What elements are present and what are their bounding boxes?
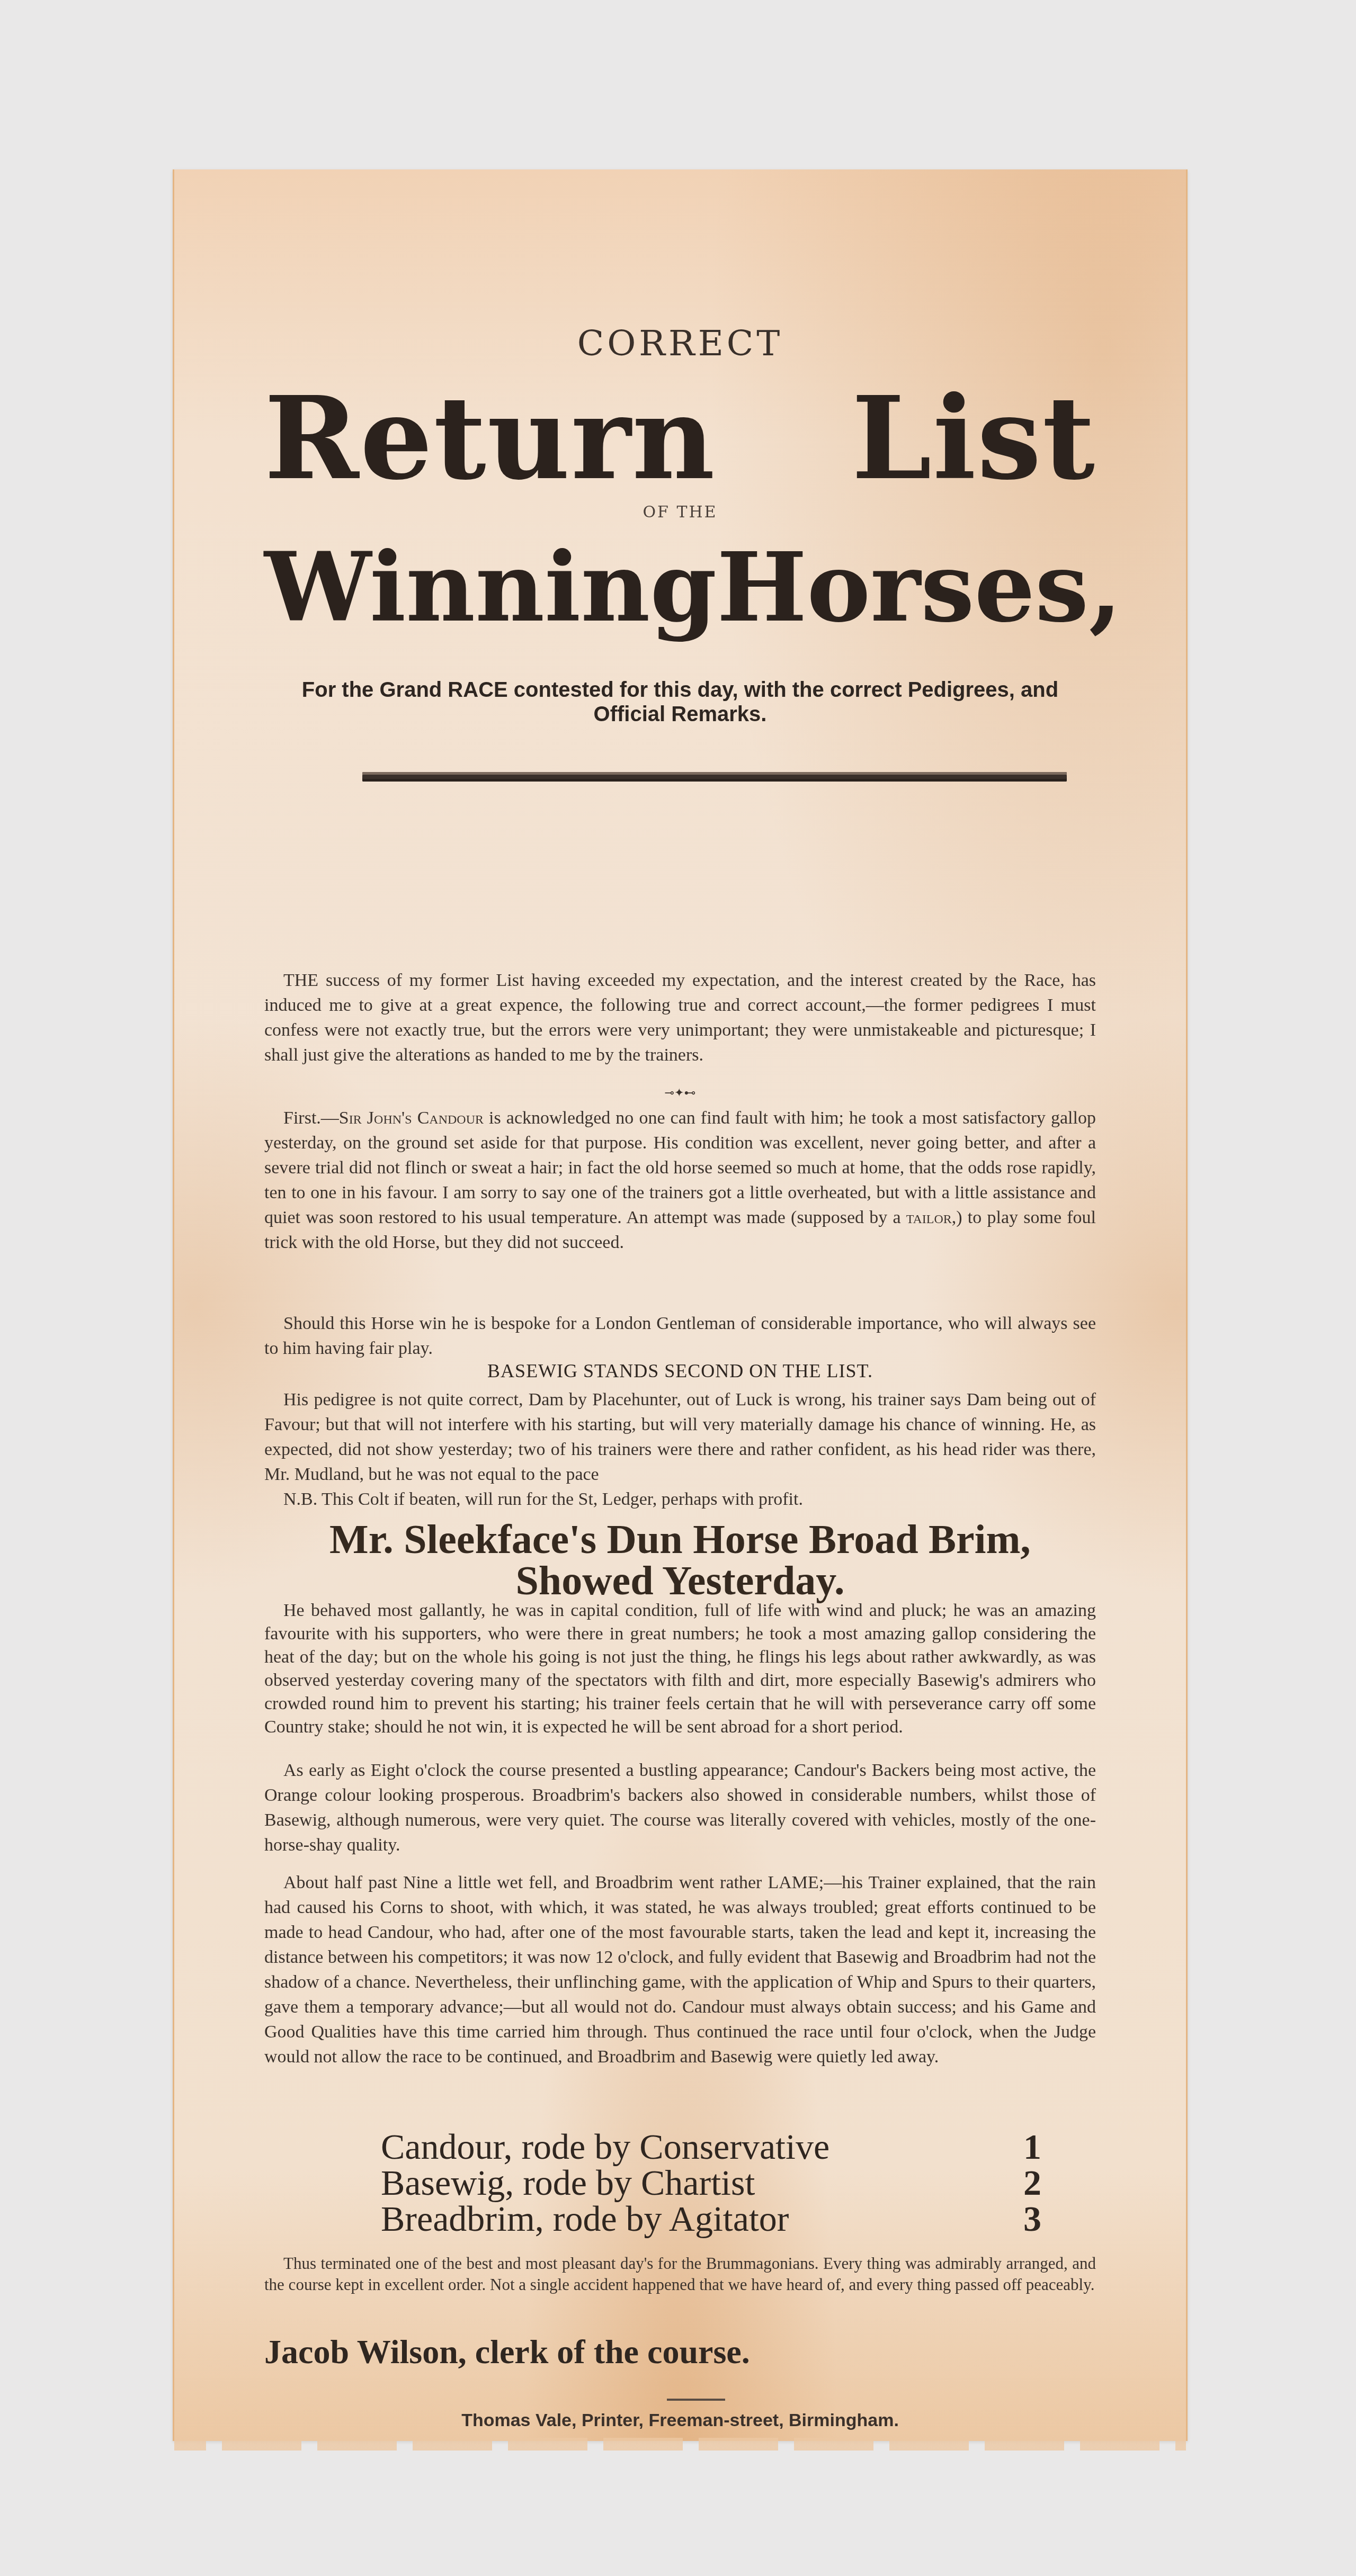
- second-horse-nb: N.B. This Colt if beaten, will run for t…: [264, 1487, 1096, 1512]
- result-row: Breadbrim, rode by Agitator 3: [381, 2201, 1048, 2237]
- result-position: 1: [1016, 2129, 1048, 2165]
- broadside-sheet: CORRECT Return List OF THE Winning Horse…: [173, 169, 1188, 2441]
- result-position: 3: [1016, 2201, 1048, 2237]
- title-word-list: List: [852, 381, 1096, 495]
- printer-imprint: Thomas Vale, Printer, Freeman-street, Bi…: [264, 2410, 1096, 2431]
- second-horse-heading: BASEWIG STANDS SECOND ON THE LIST.: [264, 1360, 1096, 1382]
- first-owner: Sir John's: [339, 1108, 412, 1128]
- ornament-divider-icon: ⊸✦⊷: [264, 1087, 1096, 1100]
- main-title-line-2: Winning Horses,: [264, 540, 1096, 635]
- first-horse-note: Should this Horse win he is bespoke for …: [264, 1311, 1096, 1361]
- title-word-return: Return: [264, 381, 716, 495]
- subtitle-line-1: For the Grand RACE contested for this da…: [264, 678, 1096, 702]
- main-title-line-1: Return List: [264, 381, 1096, 495]
- short-rule: [667, 2399, 725, 2401]
- intro-paragraph: THE success of my former List having exc…: [264, 968, 1096, 1067]
- third-horse-heading-1: Mr. Sleekface's Dun Horse Broad Brim,: [264, 1519, 1096, 1560]
- second-horse-paragraph: His pedigree is not quite correct, Dam b…: [264, 1387, 1096, 1487]
- subtitle: For the Grand RACE contested for this da…: [264, 678, 1096, 726]
- first-horse-paragraph: First.—Sir John's Candour is acknowledge…: [264, 1106, 1096, 1255]
- result-entry: Candour, rode by Conservative: [381, 2129, 829, 2165]
- closing-paragraph: Thus terminated one of the best and most…: [264, 2253, 1096, 2295]
- subtitle-line-2: Official Remarks.: [264, 702, 1096, 726]
- heavy-divider-rule: [362, 772, 1067, 782]
- result-entry: Breadbrim, rode by Agitator: [381, 2201, 789, 2237]
- result-position: 2: [1016, 2165, 1048, 2201]
- result-entry: Basewig, rode by Chartist: [381, 2165, 755, 2201]
- first-lead: First.—: [283, 1108, 339, 1128]
- third-horse-paragraph: He behaved most gallantly, he was in cap…: [264, 1599, 1096, 1739]
- result-row: Candour, rode by Conservative 1: [381, 2129, 1048, 2165]
- first-horse-name: Candour: [417, 1108, 484, 1128]
- race-day-paragraph-1: As early as Eight o'clock the course pre…: [264, 1758, 1096, 1857]
- title-word-winning: Winning: [264, 540, 717, 635]
- kicker-heading: CORRECT: [264, 323, 1096, 364]
- title-word-horses: Horses,: [717, 540, 1122, 635]
- race-day-paragraph-2: About half past Nine a little wet fell, …: [264, 1870, 1096, 2069]
- signature: Jacob Wilson, clerk of the course.: [264, 2332, 750, 2372]
- results-list: Candour, rode by Conservative 1 Basewig,…: [264, 2129, 1096, 2237]
- result-row: Basewig, rode by Chartist 2: [381, 2165, 1048, 2201]
- title-connector: OF THE: [264, 503, 1096, 522]
- tailor-term: tailor: [906, 1208, 952, 1227]
- third-horse-heading-2: Showed Yesterday.: [264, 1560, 1096, 1601]
